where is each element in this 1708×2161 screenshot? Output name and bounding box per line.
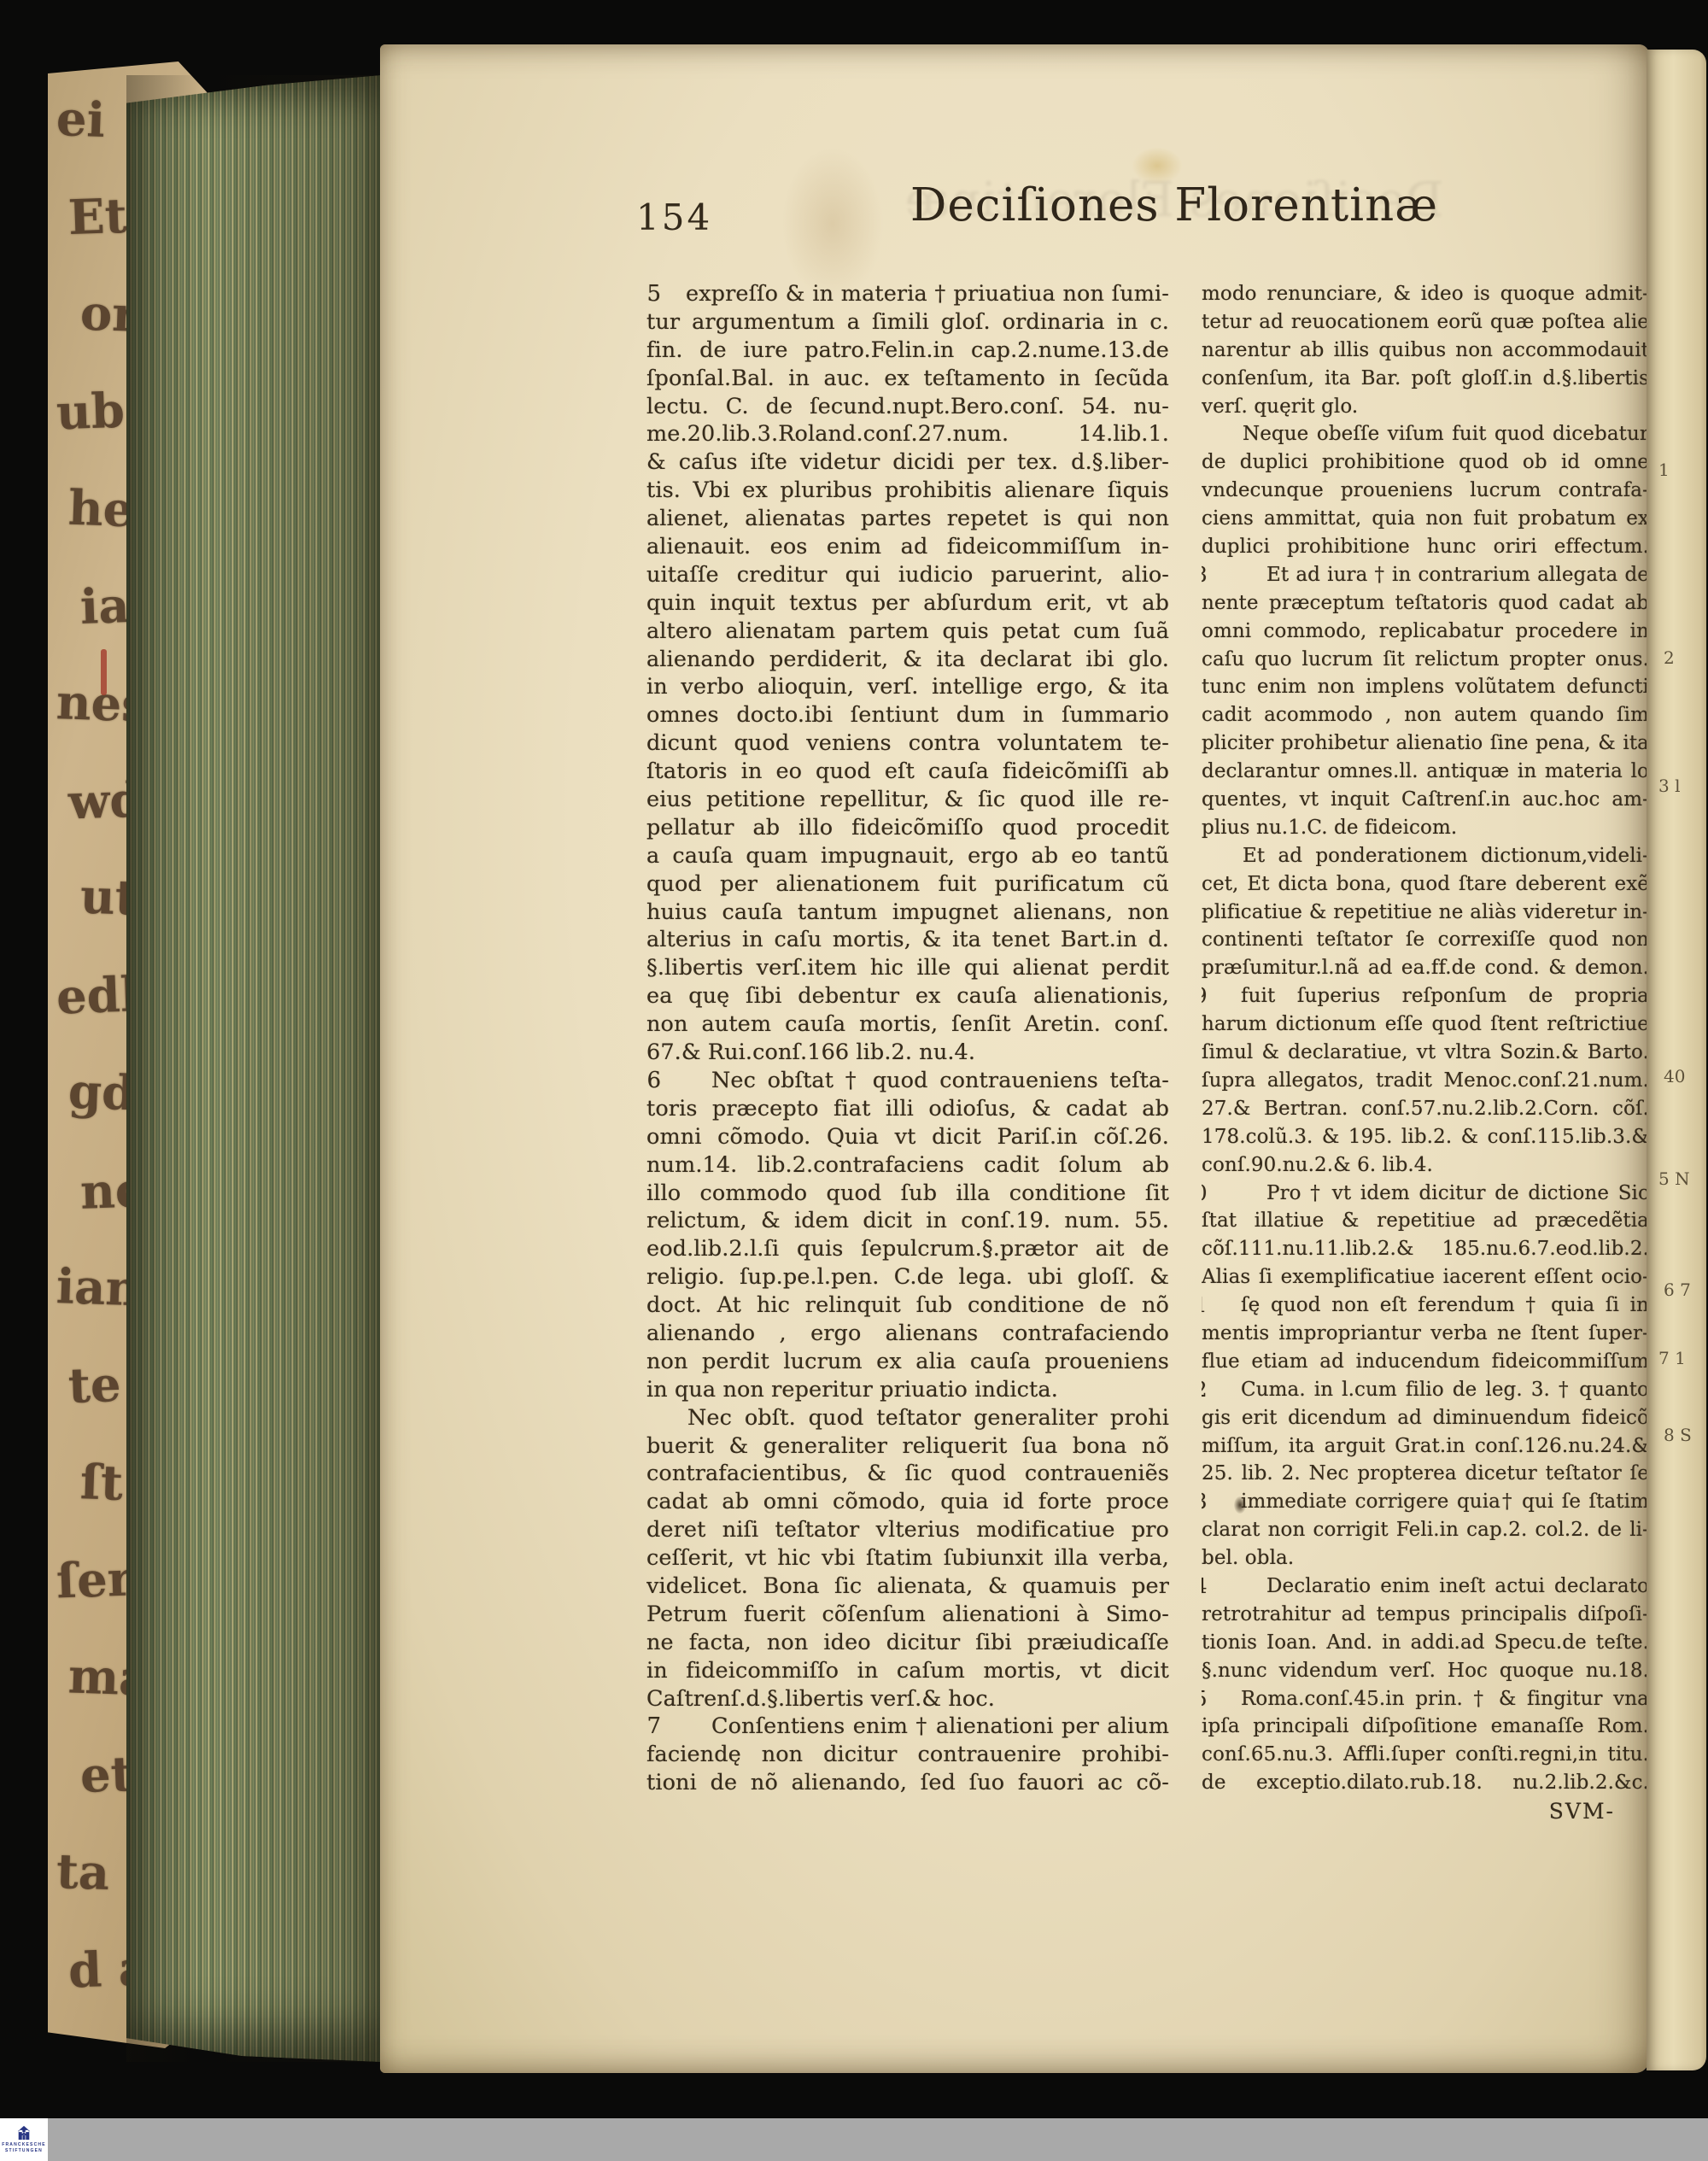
text-line: fin. de iure patro.Felin.in cap.2.nume.1… <box>646 337 1169 365</box>
text-line: ceſſerit, vt hic vbi ſtatim ſubiunxit il… <box>646 1544 1169 1572</box>
line-text: tur argumentum a ſimili gloſ. ordinaria … <box>646 308 1169 337</box>
line-text: altero alienatam partem quis petat cum ſ… <box>646 618 1169 646</box>
text-line: 37Conſentiens enim † alienationi per ali… <box>646 1713 1169 1741</box>
text-line: eius petitione repellitur, & ſic quod il… <box>646 786 1169 814</box>
line-text: plius nu.1.C. de fideicom. <box>1202 814 1649 842</box>
line-text: in fideicommiſſo in caſum mortis, vt dic… <box>646 1657 1169 1685</box>
text-line: 35expreſſo & in materia † priuatiua non … <box>646 280 1169 308</box>
text-line: religio. ſup.pe.l.pen. C.de lega. ubi gl… <box>646 1263 1169 1291</box>
line-text: Cuma. in l.cum filio de leg. 3. † quanto… <box>1202 1376 1649 1404</box>
line-text: ea quę ſibi debentur ex cauſa alienation… <box>646 982 1169 1010</box>
line-text: miſſum, ita arguit Grat.in conſ.126.nu.2… <box>1202 1432 1649 1461</box>
digitization-bottom-bar <box>0 2118 1708 2161</box>
text-line: caſu quo lucrum ſit relictum propter onu… <box>1202 646 1649 674</box>
text-line: cõſ.111.nu.11.lib.2.& 185.nu.6.7.eod.lib… <box>1202 1235 1649 1263</box>
text-line: tionis Ioan. And. in addi.ad Specu.de te… <box>1202 1629 1649 1657</box>
text-line: in qua non reperitur priuatio indicta. <box>646 1376 1169 1404</box>
text-line: contrafacientibus, & ſic quod contraueni… <box>646 1460 1169 1488</box>
text-line: cet, Et dicta bona, quod ſtare deberent … <box>1202 870 1649 899</box>
line-text: immediate corrigere quia† qui ſe ſtatim … <box>1202 1488 1649 1516</box>
line-text: retrotrahitur ad tempus principalis diſp… <box>1202 1601 1649 1629</box>
line-text: de duplici prohibitione quod ob id omne <box>1202 448 1649 477</box>
text-line: conſ.65.nu.3. Affli.ſuper conſti.regni,i… <box>1202 1741 1649 1769</box>
line-text: Nec obſtat † quod contraueniens teſta- <box>646 1067 1169 1095</box>
text-line: alienauit. eos enim ad fideicommiſſum in… <box>646 533 1169 561</box>
text-line: retrotrahitur ad tempus principalis diſp… <box>1202 1601 1649 1629</box>
book-fore-edge <box>126 75 383 2062</box>
line-text: verſ. quęrit glo. <box>1202 393 1649 421</box>
line-text: eius petitione repellitur, & ſic quod il… <box>646 786 1169 814</box>
line-text: conſenſum, ita Bar. poſt gloſſ.in d.§.li… <box>1202 365 1649 393</box>
text-line: omni commodo, replicabatur procedere in <box>1202 618 1649 646</box>
line-text: lectu. C. de ſecund.nupt.Bero.conſ. 54. … <box>646 393 1169 421</box>
line-text: Alias ſi exemplificatiue iacerent eſſent… <box>1202 1263 1649 1291</box>
line-text: religio. ſup.pe.l.pen. C.de lega. ubi gl… <box>646 1263 1169 1291</box>
text-line: quentes, vt inquit Caſtrenſ.in auc.hoc a… <box>1202 786 1649 814</box>
running-title: Deciſiones Florentinæ <box>910 179 1439 231</box>
line-text: cadat ab omni cõmodo, quia id forte proc… <box>646 1488 1169 1516</box>
text-line: & caſus iſte videtur dicidi per tex. d.§… <box>646 448 1169 477</box>
printed-page: Deciſiones Florentinæ 154 Deciſiones Flo… <box>380 44 1649 2073</box>
text-line: ea quę ſibi debentur ex cauſa alienation… <box>646 982 1169 1010</box>
text-line: de exceptio.dilato.rub.18. nu.2.lib.2.&c… <box>1202 1769 1649 1797</box>
line-text: ſę quod non eſt ferendum † quia ſi in te… <box>1202 1291 1649 1320</box>
line-text: non perdit lucrum ex alia cauſa prouenie… <box>646 1348 1169 1376</box>
text-line: relictum, & idem dicit in conſ.19. num. … <box>646 1207 1169 1235</box>
text-line: non perdit lucrum ex alia cauſa prouenie… <box>646 1348 1169 1376</box>
text-line: 40Pro † vt idem dicitur de dictione Sic … <box>1202 1180 1649 1208</box>
line-text: flue etiam ad inducendum fideicommiſſum <box>1202 1348 1649 1376</box>
line-text: alienauit. eos enim ad fideicommiſſum in… <box>646 533 1169 561</box>
line-text: tetur ad reuocationem eorũ quæ poſtea al… <box>1202 308 1649 337</box>
text-line: omnes docto.ibi ſentiunt dum in ſummario <box>646 701 1169 729</box>
text-line: 45Roma.conſ.45.in prin. † & fingitur vna… <box>1202 1685 1649 1713</box>
line-text: Et ad iura † in contrarium allegata de ſ… <box>1202 561 1649 589</box>
line-text: tis. Vbi ex pluribus prohibitis alienare… <box>646 477 1169 505</box>
line-text: faciendę non dicitur contrauenire prohib… <box>646 1741 1169 1769</box>
paragraph-number: 40 <box>1202 1180 1219 1208</box>
manuscript-fragment: ia <box>79 582 130 631</box>
text-line: nente præceptum teſtatoris quod cadat ab <box>1202 589 1649 618</box>
line-text: fin. de iure patro.Felin.in cap.2.nume.1… <box>646 337 1169 365</box>
text-line: alienet, alienatas partes repetet is qui… <box>646 505 1169 533</box>
line-text: 67.& Rui.conſ.166 lib.2. nu.4. <box>646 1039 1169 1067</box>
text-line: 27.& Bertran. conſ.57.nu.2.lib.2.Corn. c… <box>1202 1095 1649 1123</box>
text-line: ſimul & declaratiue, vt vltra Sozin.& Ba… <box>1202 1039 1649 1067</box>
line-text: gis erit dicendum ad diminuendum fideicõ <box>1202 1404 1649 1432</box>
line-text: alterius in caſu mortis, & ita tenet Bar… <box>646 926 1169 954</box>
line-text: videlicet. Bona ſic alienata, & quamuis … <box>646 1572 1169 1601</box>
manuscript-fragment: Et <box>67 192 127 242</box>
line-text: plificatiue & repetitiue ne aliàs videre… <box>1202 899 1649 927</box>
line-text: 25. lib. 2. Nec propterea dicetur teſtat… <box>1202 1460 1649 1488</box>
line-text: quod per alienationem fuit purificatum c… <box>646 870 1169 899</box>
next-page-margin-number: 8 S <box>1664 1425 1692 1445</box>
line-text: expreſſo & in materia † priuatiua non ſu… <box>646 280 1169 308</box>
line-text: relictum, & idem dicit in conſ.19. num. … <box>646 1207 1169 1235</box>
line-text: declarantur omnes.ll. antiquæ in materia… <box>1202 758 1649 786</box>
line-text: duplici prohibitione hunc oriri effectum… <box>1202 533 1649 561</box>
line-text: huius cauſa tantum impugnet alienans, no… <box>646 899 1169 927</box>
text-line: quod per alienationem fuit purificatum c… <box>646 870 1169 899</box>
text-line: modo renunciare, & ideo is quoque admit- <box>1202 280 1649 308</box>
text-line: pellatur ab illo fideicõmiſſo quod proce… <box>646 814 1169 842</box>
paragraph-number: 41 <box>1202 1291 1219 1320</box>
line-text: Caſtrenſ.d.§.libertis verſ.& hoc. <box>646 1685 1169 1713</box>
next-page-margin-number: 40 <box>1664 1066 1685 1086</box>
text-line: illo commodo quod ſub illa conditione ſi… <box>646 1180 1169 1208</box>
line-text: Roma.conſ.45.in prin. † & fingitur vna c… <box>1202 1685 1649 1713</box>
line-text: §.libertis verſ.item hic ille qui aliena… <box>646 954 1169 982</box>
line-text: deret niſi teſtator vlterius modificatiu… <box>646 1516 1169 1544</box>
next-page-margin-number: 1 <box>1658 460 1670 480</box>
line-text: pellatur ab illo fideicõmiſſo quod proce… <box>646 814 1169 842</box>
line-text: uitaſſe creditur qui iudicio paruerint, … <box>646 561 1169 589</box>
line-text: toris præcepto fiat illi odioſus, & cada… <box>646 1095 1169 1123</box>
line-text: 178.colũ.3. & 195. lib.2. & conſ.115.lib… <box>1202 1123 1649 1151</box>
text-line: uitaſſe creditur qui iudicio paruerint, … <box>646 561 1169 589</box>
line-text: quin inquit textus per abſurdum erit, vt… <box>646 589 1169 618</box>
line-text: omni commodo, replicabatur procedere in <box>1202 618 1649 646</box>
line-text: Conſentiens enim † alienationi per alium <box>646 1713 1169 1741</box>
line-text: ſtat illatiue & repetitiue ad præcedẽtia… <box>1202 1207 1649 1235</box>
line-text: omnes docto.ibi ſentiunt dum in ſummario <box>646 701 1169 729</box>
manuscript-fragment: he <box>67 484 134 535</box>
franckesche-stiftungen-logo-icon <box>16 2125 32 2141</box>
line-text: caſu quo lucrum ſit relictum propter onu… <box>1202 646 1649 674</box>
text-line: ſupra allegatos, tradit Menoc.conſ.21.nu… <box>1202 1067 1649 1095</box>
line-text: conſ.65.nu.3. Affli.ſuper conſti.regni,i… <box>1202 1741 1649 1769</box>
text-column-left: 35expreſſo & in materia † priuatiua non … <box>646 280 1169 1797</box>
watermark-text-line1: FRANCKESCHE <box>2 2142 46 2148</box>
paragraph-number: 45 <box>1202 1685 1219 1713</box>
line-text: Neque obeſſe viſum fuit quod dicebatur <box>1202 420 1649 448</box>
text-line: Petrum fuerit cõſenſum alienationi à Sim… <box>646 1601 1169 1629</box>
text-line: doct. At hic relinquit ſub conditione de… <box>646 1291 1169 1320</box>
line-text: ſimul & declaratiue, vt vltra Sozin.& Ba… <box>1202 1039 1649 1067</box>
line-text: modo renunciare, & ideo is quoque admit- <box>1202 280 1649 308</box>
text-line: tur argumentum a ſimili gloſ. ordinaria … <box>646 308 1169 337</box>
line-text: alienando , ergo alienans contrafaciendo <box>646 1320 1169 1348</box>
text-line: 36Nec obſtat † quod contraueniens teſta- <box>646 1067 1169 1095</box>
line-text: clarat non corrigit Feli.in cap.2. col.2… <box>1202 1516 1649 1544</box>
text-line: conſ.90.nu.2.& 6. lib.4. <box>1202 1151 1649 1180</box>
text-line: de duplici prohibitione quod ob id omne <box>1202 448 1649 477</box>
text-line: ſtat illatiue & repetitiue ad præcedẽtia… <box>1202 1207 1649 1235</box>
text-line: dicunt quod veniens contra voluntatem te… <box>646 729 1169 758</box>
line-text: nente præceptum teſtatoris quod cadat ab <box>1202 589 1649 618</box>
line-text: Declaratio enim ineſt actui declarato , … <box>1202 1572 1649 1601</box>
library-watermark: FRANCKESCHE STIFTUNGEN <box>0 2118 48 2161</box>
line-text: pliciter prohibetur alienatio ſine pena,… <box>1202 729 1649 758</box>
manuscript-rubrication-mark <box>101 649 107 695</box>
paragraph-number: 44 <box>1202 1572 1219 1601</box>
line-text: Nec obſt. quod teſtator generaliter proh… <box>646 1404 1169 1432</box>
text-line: a cauſa quam impugnauit, ergo ab eo tant… <box>646 842 1169 870</box>
line-text: continenti teſtator ſe correxiſſe quod n… <box>1202 926 1649 954</box>
paragraph-number: 36 <box>646 1067 670 1095</box>
text-line: videlicet. Bona ſic alienata, & quamuis … <box>646 1572 1169 1601</box>
text-line: Caſtrenſ.d.§.libertis verſ.& hoc. <box>646 1685 1169 1713</box>
text-line: tis. Vbi ex pluribus prohibitis alienare… <box>646 477 1169 505</box>
text-line: 41ſę quod non eſt ferendum † quia ſi in … <box>1202 1291 1649 1320</box>
text-line: non autem cauſa mortis, ſenſit Aretin. c… <box>646 1010 1169 1039</box>
text-line: bel. obla. <box>1202 1544 1649 1572</box>
paragraph-number: 35 <box>646 280 670 308</box>
line-text: & caſus iſte videtur dicidi per tex. d.§… <box>646 448 1169 477</box>
line-text: Pro † vt idem dicitur de dictione Sic qu… <box>1202 1180 1649 1208</box>
text-line: ne facta, non ideo dicitur ſibi præiudic… <box>646 1629 1169 1657</box>
text-line: harum dictionum eſſe quod ſtent reſtrict… <box>1202 1010 1649 1039</box>
text-line: buerit & generaliter reliquerit ſua bona… <box>646 1432 1169 1461</box>
text-line: conſenſum, ita Bar. poſt gloſſ.in d.§.li… <box>1202 365 1649 393</box>
line-text: alienando perdiderit, & ita declarat ibi… <box>646 646 1169 674</box>
text-line: Nec obſt. quod teſtator generaliter proh… <box>646 1404 1169 1432</box>
next-page-edge: 123 l405 N6 77 18 S <box>1647 50 1706 2070</box>
manuscript-fragment: te <box>67 1361 121 1410</box>
text-line: faciendę non dicitur contrauenire prohib… <box>646 1741 1169 1769</box>
text-line: in verbo alioquin, verſ. intellige ergo,… <box>646 673 1169 701</box>
next-page-margin-number: 6 7 <box>1664 1280 1691 1300</box>
text-line: lectu. C. de ſecund.nupt.Bero.conſ. 54. … <box>646 393 1169 421</box>
text-line: pliciter prohibetur alienatio ſine pena,… <box>1202 729 1649 758</box>
line-text: cõſ.111.nu.11.lib.2.& 185.nu.6.7.eod.lib… <box>1202 1235 1649 1263</box>
manuscript-fragment: ta <box>56 1848 110 1897</box>
paragraph-number: 42 <box>1202 1376 1219 1404</box>
text-line: eod.lib.2.l.ſi quis ſepulcrum.§.prætor a… <box>646 1235 1169 1263</box>
line-text: dicunt quod veniens contra voluntatem te… <box>646 729 1169 758</box>
line-text: ne facta, non ideo dicitur ſibi præiudic… <box>646 1629 1169 1657</box>
line-text: Et ad ponderationem dictionum,videli- <box>1202 842 1649 870</box>
text-line: 25. lib. 2. Nec propterea dicetur teſtat… <box>1202 1460 1649 1488</box>
line-text: omni cõmodo. Quia vt dicit Pariſ.in cõſ.… <box>646 1123 1169 1151</box>
paragraph-number: 39 <box>1202 982 1219 1010</box>
paragraph-number: 38 <box>1202 561 1219 589</box>
line-text: præſumitur.l.nã ad ea.ff.de cond. & demo… <box>1202 954 1649 982</box>
text-line: alterius in caſu mortis, & ita tenet Bar… <box>646 926 1169 954</box>
line-text: ceſſerit, vt hic vbi ſtatim ſubiunxit il… <box>646 1544 1169 1572</box>
text-line: plificatiue & repetitiue ne aliàs videre… <box>1202 899 1649 927</box>
line-text: conſ.90.nu.2.& 6. lib.4. <box>1202 1151 1649 1180</box>
page-number: 154 <box>636 196 712 238</box>
line-text: §.nunc videndum verſ. Hoc quoque nu.18. <box>1202 1657 1649 1685</box>
text-line: altero alienatam partem quis petat cum ſ… <box>646 618 1169 646</box>
text-line: quin inquit textus per abſurdum erit, vt… <box>646 589 1169 618</box>
text-line: tioni de nõ alienando, ſed ſuo fauori ac… <box>646 1769 1169 1797</box>
text-line: 43immediate corrigere quia† qui ſe ſtati… <box>1202 1488 1649 1516</box>
line-text: de exceptio.dilato.rub.18. nu.2.lib.2.&c… <box>1202 1769 1649 1797</box>
text-line: vndecunque proueniens lucrum contrafa- <box>1202 477 1649 505</box>
text-line: ſtatoris in eo quod eſt cauſa fideicõmiſ… <box>646 758 1169 786</box>
text-line: 67.& Rui.conſ.166 lib.2. nu.4. <box>646 1039 1169 1067</box>
text-line: narentur ab illis quibus non accommodaui… <box>1202 337 1649 365</box>
text-line: Alias ſi exemplificatiue iacerent eſſent… <box>1202 1263 1649 1291</box>
line-text: bel. obla. <box>1202 1544 1649 1572</box>
catchword: SVM- <box>1549 1799 1615 1824</box>
text-column-right: SVM- modo renunciare, & ideo is quoque a… <box>1202 280 1649 1797</box>
text-line: præſumitur.l.nã ad ea.ff.de cond. & demo… <box>1202 954 1649 982</box>
line-text: Petrum fuerit cõſenſum alienationi à Sim… <box>646 1601 1169 1629</box>
line-text: ſtatoris in eo quod eſt cauſa fideicõmiſ… <box>646 758 1169 786</box>
text-line: plius nu.1.C. de fideicom. <box>1202 814 1649 842</box>
text-line: Et ad ponderationem dictionum,videli- <box>1202 842 1649 870</box>
text-line: ſponſal.Bal. in auc. ex teſtamento in ſe… <box>646 365 1169 393</box>
paper-stain <box>781 147 884 301</box>
text-line: cadat ab omni cõmodo, quia id forte proc… <box>646 1488 1169 1516</box>
line-text: ipſa principali diſpoſitione emanaſſe Ro… <box>1202 1713 1649 1741</box>
text-line: huius cauſa tantum impugnet alienans, no… <box>646 899 1169 927</box>
line-text: tunc enim non implens volũtatem defuncti <box>1202 673 1649 701</box>
text-line: Neque obeſſe viſum fuit quod dicebatur <box>1202 420 1649 448</box>
text-line: alienando , ergo alienans contrafaciendo <box>646 1320 1169 1348</box>
text-line: verſ. quęrit glo. <box>1202 393 1649 421</box>
next-page-margin-number: 5 N <box>1658 1168 1690 1189</box>
line-text: tioni de nõ alienando, ſed ſuo fauori ac… <box>646 1769 1169 1797</box>
manuscript-fragment: ei <box>56 95 106 144</box>
text-line: omni cõmodo. Quia vt dicit Pariſ.in cõſ.… <box>646 1123 1169 1151</box>
paragraph-number: 37 <box>646 1713 670 1741</box>
text-line: 39fuit ſuperius reſponſum de propria nat… <box>1202 982 1649 1010</box>
text-line: 44Declaratio enim ineſt actui declarato … <box>1202 1572 1649 1601</box>
line-text: me.20.lib.3.Roland.conſ.27.num. 14.lib.1… <box>646 420 1169 448</box>
text-line: §.libertis verſ.item hic ille qui aliena… <box>646 954 1169 982</box>
text-line: flue etiam ad inducendum fideicommiſſum <box>1202 1348 1649 1376</box>
line-text: cadit acommodo , non autem quando ſim <box>1202 701 1649 729</box>
text-line: clarat non corrigit Feli.in cap.2. col.2… <box>1202 1516 1649 1544</box>
line-text: contrafacientibus, & ſic quod contraueni… <box>646 1460 1169 1488</box>
text-line: me.20.lib.3.Roland.conſ.27.num. 14.lib.1… <box>646 420 1169 448</box>
manuscript-fragment: et <box>79 1750 133 1800</box>
line-text: cet, Et dicta bona, quod ſtare deberent … <box>1202 870 1649 899</box>
line-text: in qua non reperitur priuatio indicta. <box>646 1376 1169 1404</box>
manuscript-fragment: ſer <box>56 1555 133 1605</box>
line-text: a cauſa quam impugnauit, ergo ab eo tant… <box>646 842 1169 870</box>
line-text: ciens ammittat, quia non fuit probatum e… <box>1202 505 1649 533</box>
text-line: alienando perdiderit, & ita declarat ibi… <box>646 646 1169 674</box>
text-line: §.nunc videndum verſ. Hoc quoque nu.18. <box>1202 1657 1649 1685</box>
text-line: ciens ammittat, quia non fuit probatum e… <box>1202 505 1649 533</box>
line-text: 27.& Bertran. conſ.57.nu.2.lib.2.Corn. c… <box>1202 1095 1649 1123</box>
next-page-margin-number: 3 l <box>1658 776 1680 796</box>
text-line: continenti teſtator ſe correxiſſe quod n… <box>1202 926 1649 954</box>
next-page-margin-number: 7 1 <box>1658 1348 1686 1368</box>
manuscript-fragment: ub <box>56 387 126 437</box>
line-text: illo commodo quod ſub illa conditione ſi… <box>646 1180 1169 1208</box>
line-text: doct. At hic relinquit ſub conditione de… <box>646 1291 1169 1320</box>
text-line: duplici prohibitione hunc oriri effectum… <box>1202 533 1649 561</box>
text-line: deret niſi teſtator vlterius modificatiu… <box>646 1516 1169 1544</box>
line-text: ſupra allegatos, tradit Menoc.conſ.21.nu… <box>1202 1067 1649 1095</box>
text-line: tunc enim non implens volũtatem defuncti <box>1202 673 1649 701</box>
paragraph-number: 43 <box>1202 1488 1219 1516</box>
text-line: ipſa principali diſpoſitione emanaſſe Ro… <box>1202 1713 1649 1741</box>
line-text: num.14. lib.2.contrafaciens cadit ſolum … <box>646 1151 1169 1180</box>
next-page-margin-number: 2 <box>1664 647 1675 668</box>
text-line: gis erit dicendum ad diminuendum fideicõ <box>1202 1404 1649 1432</box>
line-text: narentur ab illis quibus non accommodaui… <box>1202 337 1649 365</box>
line-text: harum dictionum eſſe quod ſtent reſtrict… <box>1202 1010 1649 1039</box>
text-line: toris præcepto fiat illi odioſus, & cada… <box>646 1095 1169 1123</box>
line-text: in verbo alioquin, verſ. intellige ergo,… <box>646 673 1169 701</box>
text-line: 178.colũ.3. & 195. lib.2. & conſ.115.lib… <box>1202 1123 1649 1151</box>
text-line: in fideicommiſſo in caſum mortis, vt dic… <box>646 1657 1169 1685</box>
text-line: num.14. lib.2.contrafaciens cadit ſolum … <box>646 1151 1169 1180</box>
book-photograph: eiEtor:ubheianeswdut medlgdlanesiamteſtſ… <box>0 0 1708 2161</box>
line-text: non autem cauſa mortis, ſenſit Aretin. c… <box>646 1010 1169 1039</box>
line-text: eod.lib.2.l.ſi quis ſepulcrum.§.prætor a… <box>646 1235 1169 1263</box>
text-line: tetur ad reuocationem eorũ quæ poſtea al… <box>1202 308 1649 337</box>
line-text: fuit ſuperius reſponſum de propria natur… <box>1202 982 1649 1010</box>
line-text: ſponſal.Bal. in auc. ex teſtamento in ſe… <box>646 365 1169 393</box>
line-text: alienet, alienatas partes repetet is qui… <box>646 505 1169 533</box>
text-line: miſſum, ita arguit Grat.in conſ.126.nu.2… <box>1202 1432 1649 1461</box>
text-line: cadit acommodo , non autem quando ſim <box>1202 701 1649 729</box>
text-line: 38Et ad iura † in contrarium allegata de… <box>1202 561 1649 589</box>
manuscript-fragment: ſt <box>79 1458 124 1508</box>
line-text: mentis impropriantur verba ne ſtent ſupe… <box>1202 1320 1649 1348</box>
text-line: declarantur omnes.ll. antiquæ in materia… <box>1202 758 1649 786</box>
line-text: vndecunque proueniens lucrum contrafa- <box>1202 477 1649 505</box>
line-text: tionis Ioan. And. in addi.ad Specu.de te… <box>1202 1629 1649 1657</box>
line-text: buerit & generaliter reliquerit ſua bona… <box>646 1432 1169 1461</box>
text-line: mentis impropriantur verba ne ſtent ſupe… <box>1202 1320 1649 1348</box>
text-line: 42Cuma. in l.cum filio de leg. 3. † quan… <box>1202 1376 1649 1404</box>
line-text: quentes, vt inquit Caſtrenſ.in auc.hoc a… <box>1202 786 1649 814</box>
watermark-text-line2: STIFTUNGEN <box>5 2148 43 2154</box>
